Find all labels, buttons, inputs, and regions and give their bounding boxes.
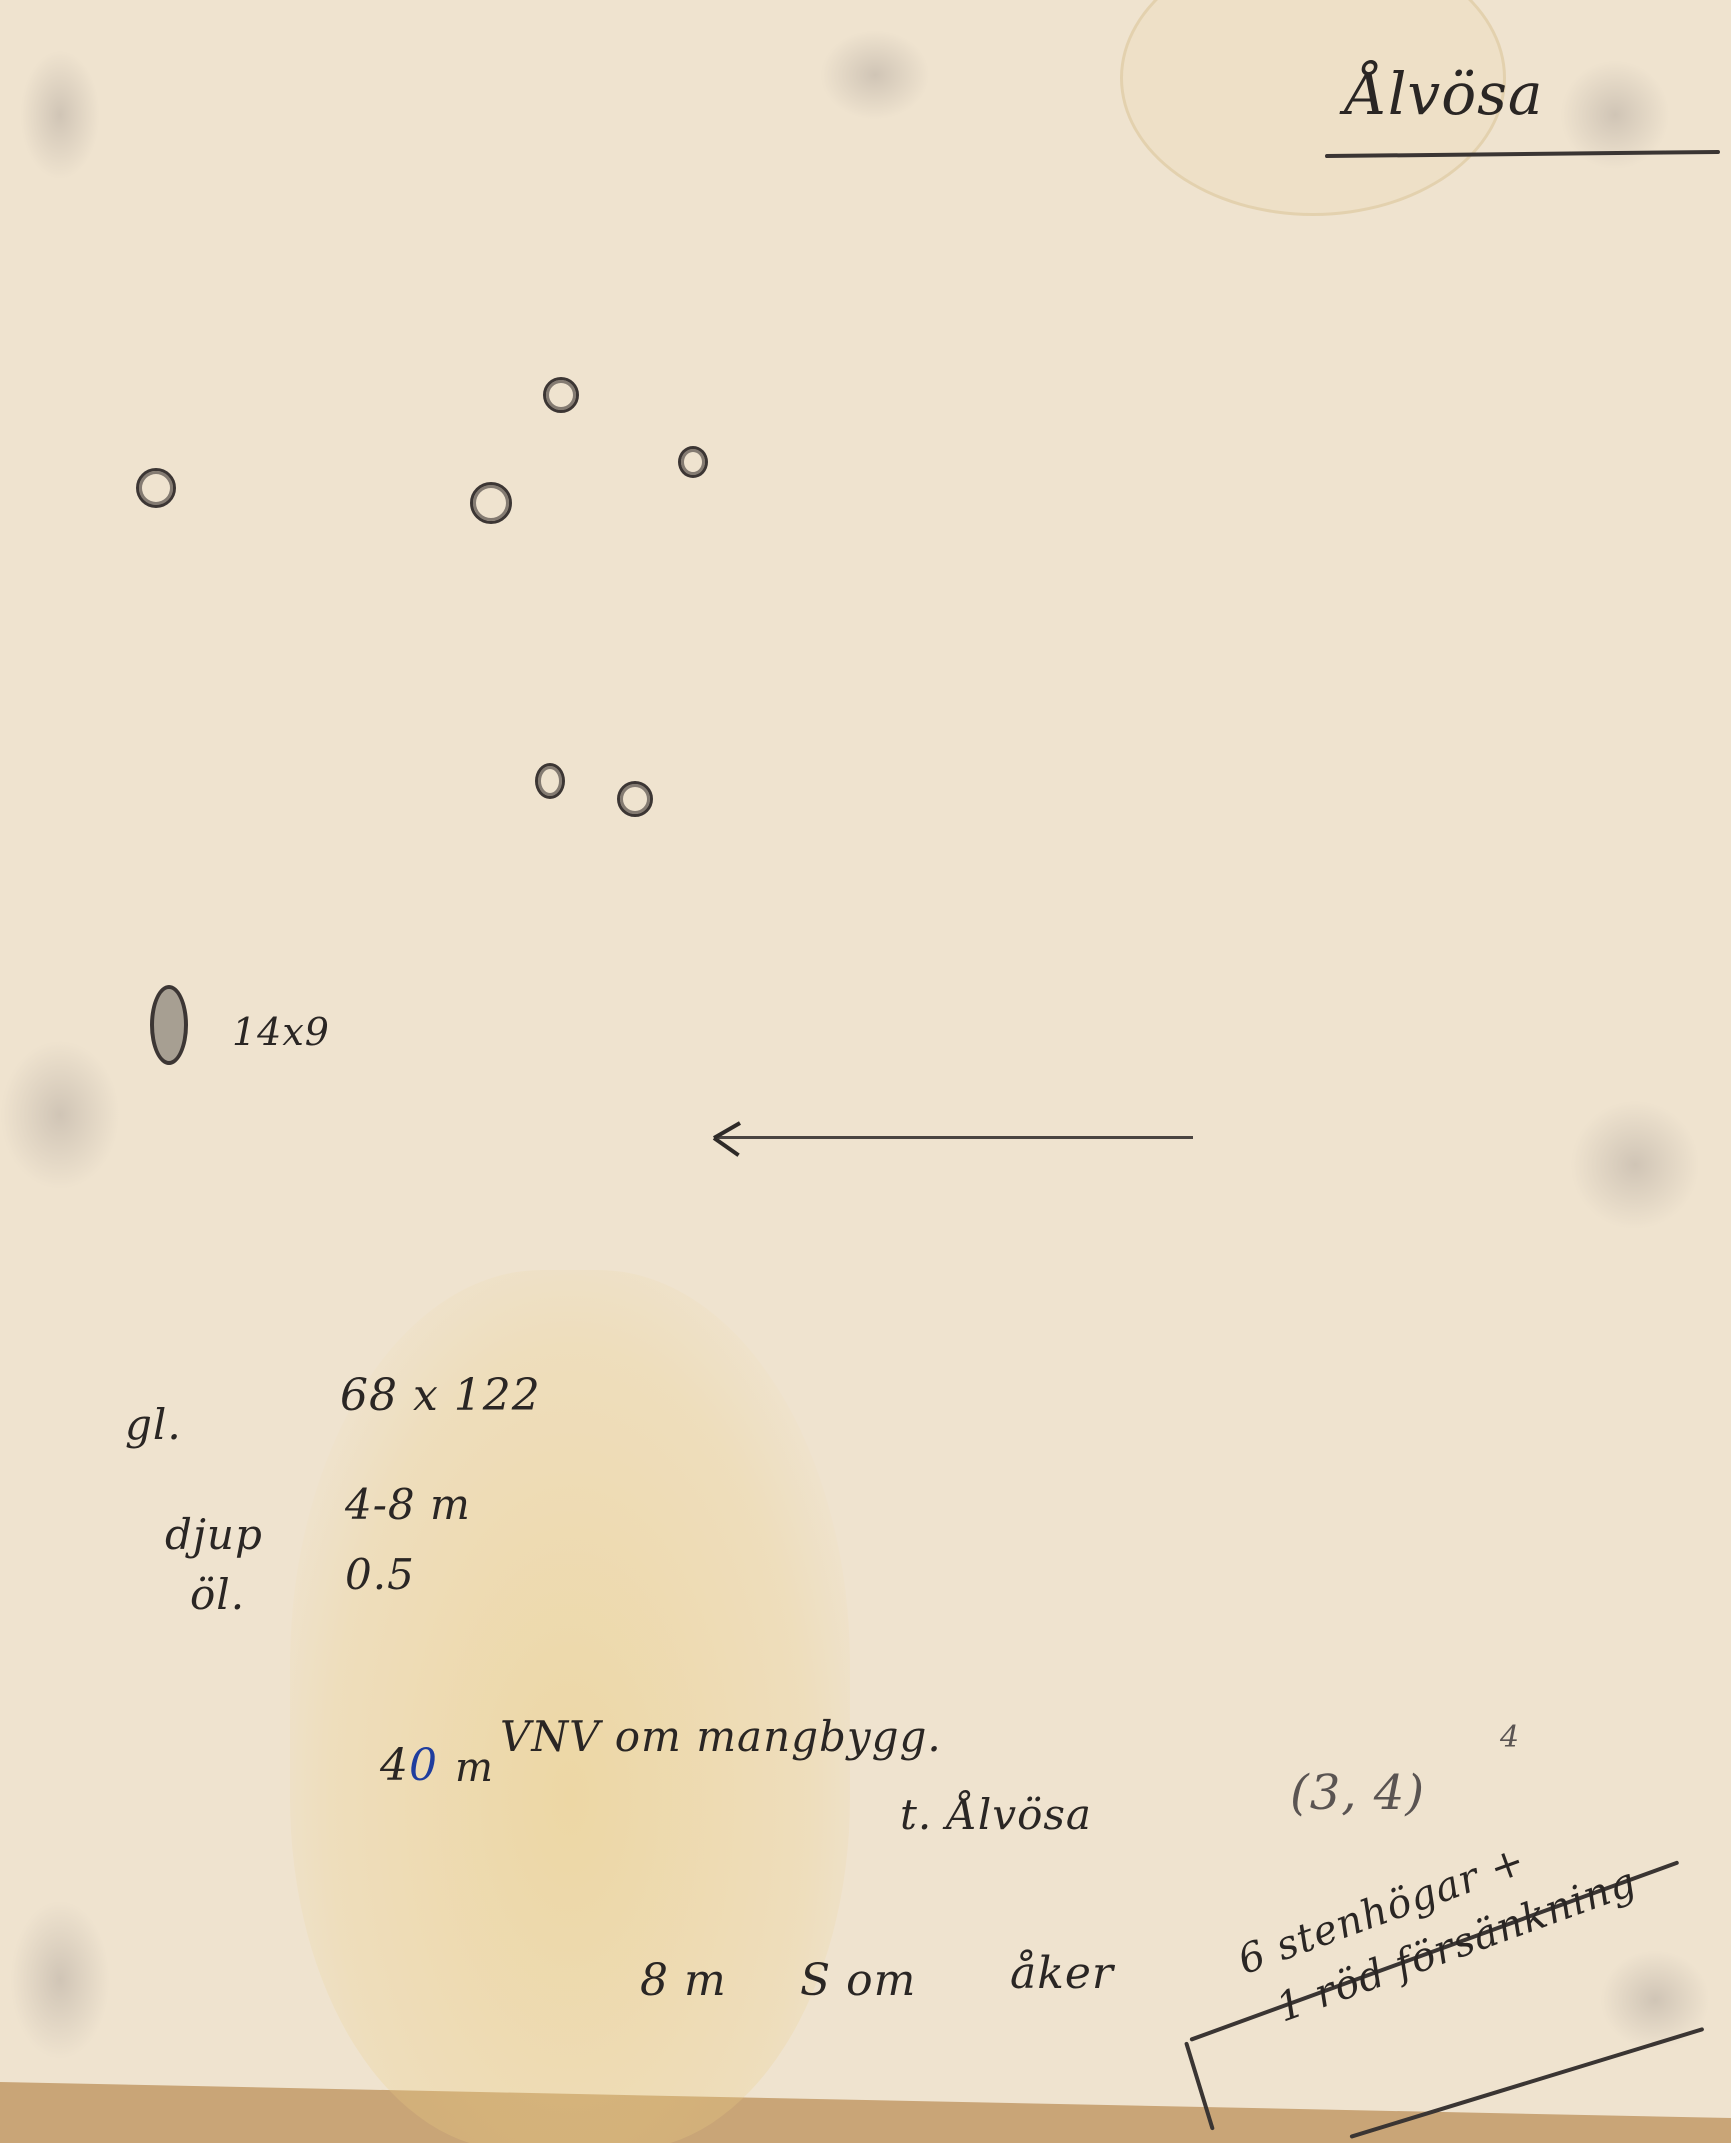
measurement-label: öl. <box>190 1570 245 1619</box>
distance-unit: m <box>455 1745 494 1791</box>
paper-sheet <box>0 0 1731 2118</box>
stone-mark <box>136 468 176 508</box>
distance-value: 40 <box>380 1740 438 1791</box>
field-text: åker <box>1010 1948 1114 1999</box>
stone-mark <box>617 781 653 817</box>
distance-text: 8 m <box>640 1955 727 2006</box>
reference-superscript: 4 <box>1500 1720 1520 1755</box>
oval-pit-mark <box>150 985 188 1065</box>
stone-mark <box>678 446 708 478</box>
location-line-1: VNV om mangbygg. <box>500 1712 942 1761</box>
direction-text: S om <box>800 1955 916 2006</box>
measurement-value: 68 x 122 <box>340 1370 541 1421</box>
stone-mark <box>535 763 565 799</box>
size-note: 14x9 <box>232 1010 330 1054</box>
stone-mark <box>470 482 512 524</box>
measurement-value: 0.5 <box>345 1550 415 1599</box>
distance-digit: 4 <box>380 1740 409 1791</box>
reference: (3, 4) <box>1290 1765 1425 1821</box>
measurement-label: gl. <box>125 1400 182 1449</box>
page-title: Ålvösa <box>1345 60 1543 128</box>
location-line-2: t. Ålvösa <box>900 1790 1092 1839</box>
measurement-value: 4-8 m <box>345 1480 471 1529</box>
stone-mark <box>543 377 579 413</box>
direction-arrow <box>718 1136 1193 1139</box>
distance-digit-blue: 0 <box>409 1740 438 1791</box>
measurement-label: djup <box>165 1510 263 1559</box>
